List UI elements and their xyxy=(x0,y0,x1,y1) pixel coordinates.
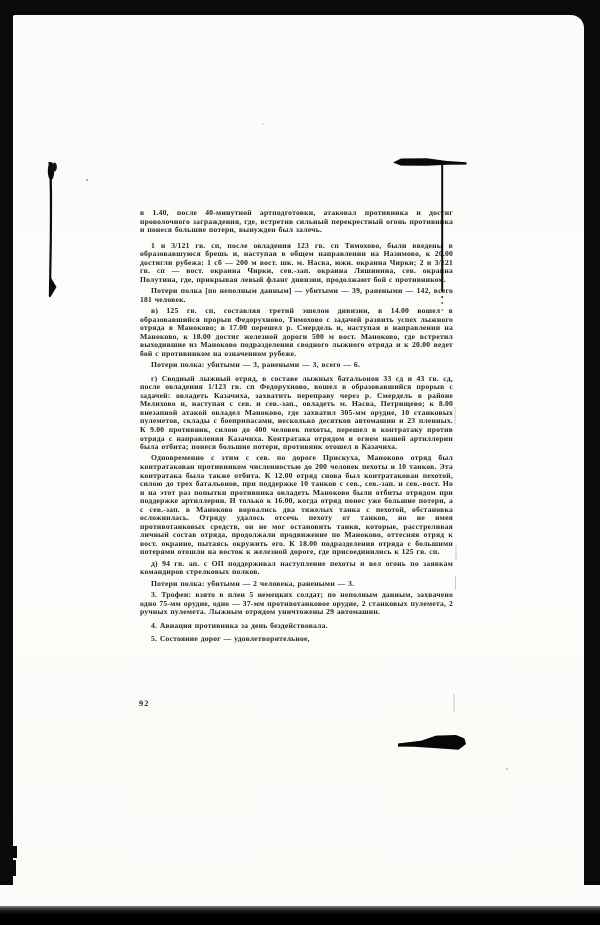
paragraph: в) 125 гв. сп, составляя третий эшелон д… xyxy=(140,307,453,358)
text-block: в 1.40, после 40-минутной артподготовки,… xyxy=(140,209,453,644)
paragraph: 1 и 3/121 гв. сп, после овладения 123 гв… xyxy=(140,242,453,285)
paragraph: Потери полка: убитыми — 3, ранеными — 3,… xyxy=(140,361,453,370)
paragraph: г) Сводный лыжный отряд, в составе лыжны… xyxy=(140,375,453,452)
page-paper: в 1.40, после 40-минутной артподготовки,… xyxy=(13,15,584,906)
paragraph: 3. Трофеи: взято в плен 5 немецких солда… xyxy=(140,591,453,617)
paragraph: Потери полка: убитыми — 2 человека, ране… xyxy=(140,580,453,589)
page-number: 92 xyxy=(139,699,149,708)
scanned-document: в 1.40, после 40-минутной артподготовки,… xyxy=(0,0,600,925)
paragraph: 5. Состояние дорог — удовлетворительное, xyxy=(140,635,453,644)
paragraph: в 1.40, после 40-минутной артподготовки,… xyxy=(140,209,453,235)
paragraph: д) 94 гв. ап. с ОП поддерживал наступлен… xyxy=(140,560,453,577)
paper-bottom-margin xyxy=(0,885,600,906)
paragraph: Потери полка [по неполным данным] — убит… xyxy=(140,287,453,304)
scanner-bottom-edge xyxy=(0,906,600,925)
paragraph: Одновременно с этим с сев. по дороге При… xyxy=(140,454,453,557)
paragraph: 4. Авиация противника за день бездейство… xyxy=(140,622,453,631)
